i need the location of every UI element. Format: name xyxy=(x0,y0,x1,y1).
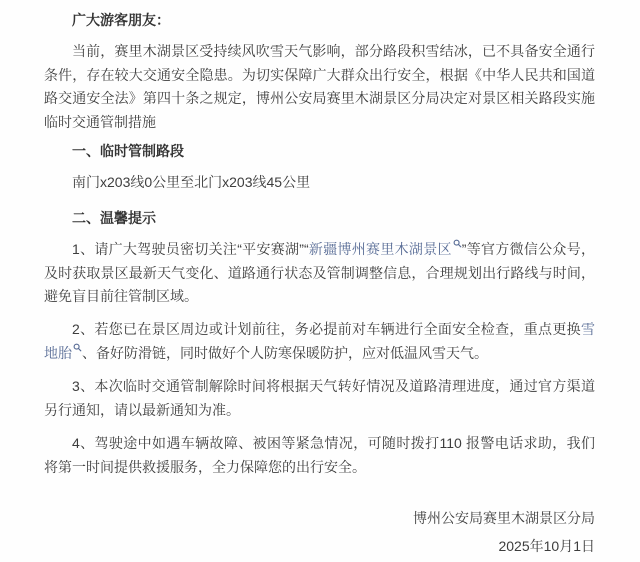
salutation: 广大游客朋友： xyxy=(44,9,595,32)
notice-date: 2025年10月1日 xyxy=(44,535,595,558)
intro-paragraph: 当前，赛里木湖景区受持续风吹雪天气影响，部分路段积雪结冰，已不具备安全通行条件，… xyxy=(44,40,595,134)
search-icon xyxy=(73,343,82,352)
signature-block: 博州公安局赛里木湖景区分局 2025年10月1日 xyxy=(44,507,595,559)
wechat-link-sayram-lake-account[interactable]: 新疆博州赛里木湖景区 xyxy=(309,241,462,257)
tip-2-text-pre: 2、若您已在景区周边或计划前往，务必提前对车辆进行全面安全检查，重点更换 xyxy=(72,321,581,337)
notice-document: 广大游客朋友： 当前，赛里木湖景区受持续风吹雪天气影响，部分路段积雪结冰，已不具… xyxy=(0,0,640,562)
tip-2-text-post: 、备好防滑链，同时做好个人防寒保暖防护，应对低温风雪天气。 xyxy=(82,345,488,361)
tip-1-text-pre: 1、请广大驾驶员密切关注“平安赛湖”“ xyxy=(72,241,309,257)
tip-item-2: 2、若您已在景区周边或计划前往，务必提前对车辆进行全面安全检查，重点更换雪地胎、… xyxy=(44,318,595,365)
search-icon xyxy=(453,239,462,248)
controlled-road-section: 南门x203线0公里至北门x203线45公里 xyxy=(44,171,595,194)
tip-item-3: 3、本次临时交通管制解除时间将根据天气转好情况及道路清理进度，通过官方渠道另行通… xyxy=(44,375,595,422)
section-heading-road-control: 一、临时管制路段 xyxy=(44,140,595,163)
wechat-link-label: 新疆博州赛里木湖景区 xyxy=(309,241,452,257)
signature: 博州公安局赛里木湖景区分局 xyxy=(44,507,595,530)
tip-item-4: 4、驾驶途中如遇车辆故障、被困等紧急情况，可随时拨打110 报警电话求助，我们将… xyxy=(44,432,595,479)
tip-item-1: 1、请广大驾驶员密切关注“平安赛湖”“新疆博州赛里木湖景区”等官方微信公众号，及… xyxy=(44,238,595,308)
section-heading-tips: 二、温馨提示 xyxy=(44,207,595,230)
